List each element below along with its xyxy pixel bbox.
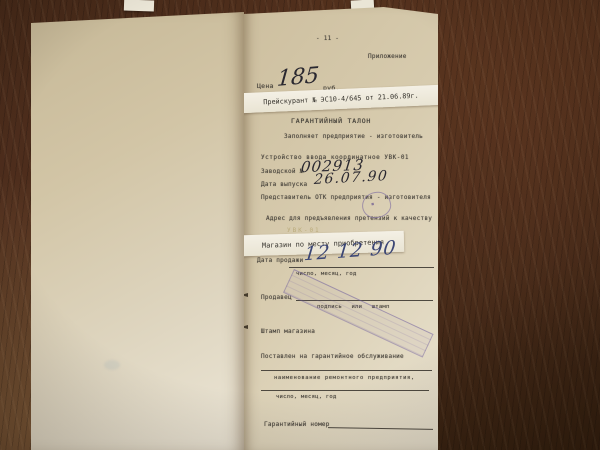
sale-date-line: [289, 267, 434, 268]
seller-label: Продавец: [261, 294, 292, 301]
appendix-label: Приложение: [368, 53, 407, 60]
price-label: Цена: [257, 82, 274, 90]
photo-warranty-booklet: - 11 - Приложение Цена 185 руб. Прейскур…: [0, 0, 600, 450]
warranty-card-page: - 11 - Приложение Цена 185 руб. Прейскур…: [244, 7, 438, 450]
service-date-hint: число, месяц, год: [276, 394, 337, 400]
warranty-number-label: Гарантийный номер: [264, 421, 330, 428]
warranty-title: ГАРАНТИЙНЫЙ ТАЛОН: [291, 117, 371, 125]
filled-by-manufacturer: Заполняет предприятие - изготовитель: [284, 133, 423, 140]
service-registration-label: Поставлен на гарантийное обслуживание: [261, 353, 404, 360]
warranty-number-line: [328, 427, 433, 430]
release-date-value-handwritten: 26.07.90: [313, 168, 389, 188]
left-page-blank: [31, 12, 244, 450]
service-line-2: [261, 390, 429, 391]
paper-smudge: [104, 360, 120, 370]
service-line-1: [261, 370, 432, 371]
release-date-label: Дата выпуска: [261, 181, 307, 188]
claims-address-line: Адрес для предъявления претензий к качес…: [266, 215, 432, 222]
repair-company-hint: наименование ремонтного предприятия,: [274, 375, 415, 381]
page-number: - 11 -: [316, 35, 339, 42]
sale-date-label: Дата продажи: [257, 257, 303, 264]
paper-sliver-left: [124, 0, 154, 12]
otk-representative-line: Представитель ОТК предприятия - изготови…: [261, 194, 431, 201]
price-value-handwritten: 185: [276, 63, 320, 92]
serial-label: Заводской №: [261, 168, 304, 175]
repair-shop-diagonal-stamp-icon: [283, 269, 434, 358]
pricelist-text: Прейскурант № ЭС10-4/645 от 21.06.89г.: [263, 92, 419, 107]
store-stamp-label: Штамп магазина: [261, 328, 315, 335]
